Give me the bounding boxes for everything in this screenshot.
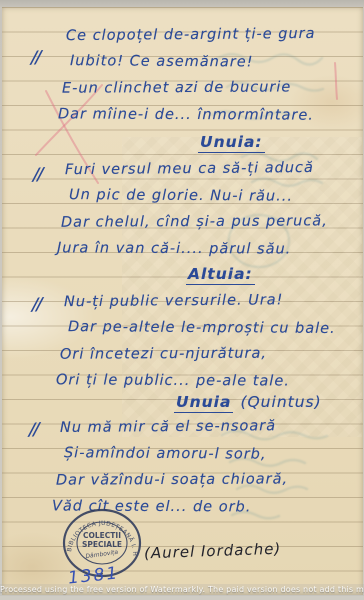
verse-line: Jura în van că-i.... părul său. — [57, 235, 328, 263]
verse-line: Furi versul meu ca să-ți aducă — [65, 155, 328, 184]
verse-line: Nu mă mir că el se-nsoară — [60, 413, 288, 441]
verse-line: Și-amîndoi amoru-l sorb, — [64, 440, 288, 468]
verse-line: Iubito! Ce asemănare! — [70, 48, 316, 76]
epigram-title: Unuia: — [198, 133, 265, 153]
stanza-1: Ce clopoțel de-argint ți-e gura Iubito! … — [58, 22, 315, 128]
stamp-center-line2: SPECIALE — [82, 540, 122, 549]
verse-line: Nu-ți public versurile. Ura! — [64, 287, 336, 316]
stanza-2: Furi versul meu ca să-ți aducă Un pic de… — [57, 156, 328, 262]
epigram-title-suffix: (Quintus) — [240, 393, 321, 411]
stamp-center-line3: Dâmbovița — [85, 549, 119, 561]
verse-line: Ori încetezi cu-njurătura, — [60, 340, 336, 368]
verse-line: E-un clinchet azi de bucurie — [62, 74, 316, 102]
verse-line: Dar văzîndu-i soața chioară, — [56, 466, 288, 494]
verse-line: Dar mîine-i de... înmormîntare. — [58, 101, 316, 129]
verse-line: Dar pe-altele le-mproști cu bale. — [68, 314, 336, 342]
verse-line: Ce clopoțel de-argint ți-e gura — [66, 21, 316, 50]
epigram-title-text: Unuia: — [198, 133, 265, 153]
epigram-title: Unuia(Quintus) — [174, 393, 322, 413]
epigram-title-text: Altuia: — [186, 265, 255, 285]
verse-line: Dar chelul, cînd și-a pus perucă, — [61, 208, 328, 236]
stanza-4: Nu mă mir că el se-nsoară Și-amîndoi amo… — [52, 414, 288, 520]
stamp-center-line1: COLECTII — [83, 531, 121, 540]
epigram-title: Altuia: — [186, 265, 255, 285]
watermark-text: Processed using the free version of Wate… — [0, 584, 364, 596]
verse-line: Un pic de glorie. Nu-i rău... — [69, 182, 328, 210]
paper: // Ce clopoțel de-argint ți-e gura Iubit… — [2, 7, 363, 595]
stanza-3: Nu-ți public versurile. Ura! Dar pe-alte… — [56, 288, 336, 394]
manuscript-scan: { "page": { "kind": "handwritten manuscr… — [0, 0, 364, 600]
epigram-title-text: Unuia — [174, 393, 233, 413]
verse-line: Ori ți le public... pe-ale tale. — [56, 367, 336, 395]
scan-background: // Ce clopoțel de-argint ți-e gura Iubit… — [0, 0, 364, 600]
